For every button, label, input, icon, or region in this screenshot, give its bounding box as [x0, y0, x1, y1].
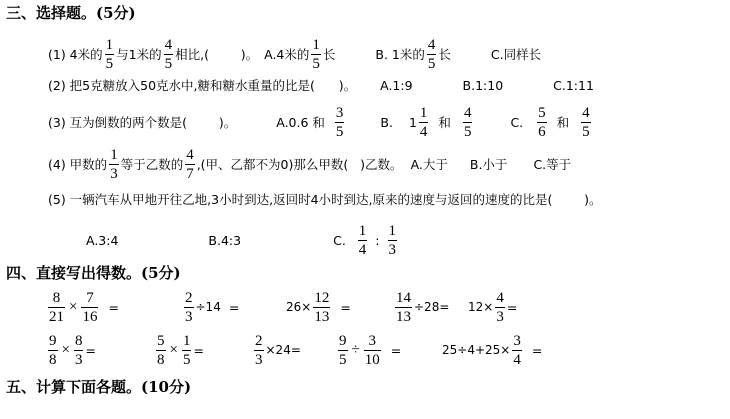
fraction: 14: [419, 105, 429, 140]
and-label: 和: [557, 113, 570, 131]
calc-item: 98 × 83 =: [46, 331, 96, 369]
fraction: 23: [184, 290, 194, 325]
fraction: 821: [48, 290, 65, 325]
question-2: (2) 把5克糖放入50克水中,糖和糖水重量的比是( )。 A.1:9 B.1:…: [48, 76, 594, 94]
denominator: 3: [184, 309, 194, 325]
calc-item: 25÷4+25× 34 =: [442, 331, 542, 369]
fraction-bar: [74, 350, 84, 351]
fraction-bar: [358, 240, 368, 241]
q2-option-a: A.1:9: [380, 78, 412, 93]
numerator: 1: [419, 105, 429, 121]
numerator: 2: [184, 290, 194, 306]
question-4: (4) 甲数的 13 等于乙数的 47 ,(甲、乙都不为0)那么甲数( )乙数。…: [48, 145, 571, 183]
fraction-bar: [419, 122, 429, 123]
fraction-bar: [313, 307, 330, 308]
denominator: 7: [185, 166, 195, 182]
question-5-options: A.3:4 B.4:3 C. 14 : 13: [86, 222, 399, 258]
numerator: 7: [85, 290, 95, 306]
fraction-bar: [537, 122, 547, 123]
q1-prefix: (1) 4米的: [48, 45, 103, 63]
q1-option-a: A.4米的: [264, 45, 309, 63]
equals-sign: =: [340, 300, 350, 315]
section-4-title: 四、直接写出得数。(5分): [6, 262, 181, 283]
equals-sign: =: [193, 343, 203, 358]
numerator: 1: [182, 333, 192, 349]
numerator: 3: [367, 333, 377, 349]
denominator: 5: [427, 56, 437, 72]
calc-item: 821 × 716 =: [46, 288, 119, 326]
section-5-title: 五、计算下面各题。(10分): [6, 376, 191, 397]
fraction-bar: [364, 350, 381, 351]
divide-operator: ÷: [352, 342, 360, 359]
denominator: 5: [164, 56, 174, 72]
fraction-bar: [311, 54, 321, 55]
fraction-bar: [254, 350, 264, 351]
fraction: 15: [182, 333, 192, 368]
fraction-bar: [395, 307, 412, 308]
fraction-bar: [109, 164, 119, 165]
numerator: 4: [164, 37, 174, 53]
fraction-bar: [184, 307, 194, 308]
fraction: 56: [537, 105, 547, 140]
multiplier: 26×: [286, 300, 311, 314]
fraction-bar: [105, 54, 115, 55]
numerator: 9: [48, 333, 58, 349]
fraction-bar: [81, 307, 98, 308]
numerator: 1: [388, 223, 398, 239]
q3-option-c: C.: [510, 115, 523, 130]
fraction: 45: [164, 37, 174, 72]
equals-sign: =: [85, 343, 95, 358]
question-3: (3) 互为倒数的两个数是( )。 A.0.6 和 35 B. 1 14 和 4…: [48, 102, 593, 142]
equals-sign: =: [229, 300, 239, 315]
fraction: 83: [74, 333, 84, 368]
q5-option-c: C.: [333, 233, 346, 248]
equals-sign: =: [507, 300, 517, 315]
fraction: 43: [495, 290, 505, 325]
equals-sign: =: [108, 300, 118, 315]
denominator: 3: [254, 352, 264, 368]
q4-prefix: (4) 甲数的: [48, 155, 107, 173]
denominator: 5: [338, 352, 348, 368]
q2-option-b: B.1:10: [463, 78, 504, 93]
fraction: 15: [311, 37, 321, 72]
fraction: 1213: [313, 290, 330, 325]
divide-expression: ÷28=: [414, 300, 449, 314]
fraction-bar: [388, 240, 398, 241]
q3-option-a: A.0.6 和: [276, 113, 325, 131]
q2-option-c: C.1:11: [553, 78, 594, 93]
q1-option-b: B. 1米的: [375, 45, 424, 63]
equals-sign: =: [391, 343, 401, 358]
denominator: 3: [388, 242, 398, 258]
numerator: 5: [537, 105, 547, 121]
denominator: 3: [74, 352, 84, 368]
fraction-bar: [156, 350, 166, 351]
numerator: 4: [581, 105, 591, 121]
numerator: 1: [311, 37, 321, 53]
calc-item: 58 × 15 =: [154, 331, 204, 369]
numerator: 9: [338, 333, 348, 349]
q4-option-a: A.大于: [411, 155, 448, 173]
denominator: 4: [419, 124, 429, 140]
denominator: 5: [105, 56, 115, 72]
times-operator: ×: [62, 342, 70, 359]
fraction-bar: [495, 307, 505, 308]
q1-mid: 与1米的: [116, 45, 161, 63]
fraction-bar: [581, 122, 591, 123]
denominator: 21: [48, 309, 65, 325]
q3-option-b: B.: [380, 115, 393, 130]
numerator: 4: [495, 290, 505, 306]
q5-option-a: A.3:4: [86, 233, 118, 248]
fraction: 310: [364, 333, 381, 368]
q1-option-b-suffix: 长: [438, 45, 451, 63]
q2-text: (2) 把5克糖放入50克水中,糖和糖水重量的比是( )。: [48, 76, 356, 94]
denominator: 5: [463, 124, 473, 140]
mixed-whole: 1: [409, 115, 417, 130]
numerator: 1: [105, 37, 115, 53]
ratio-colon: :: [375, 233, 379, 248]
question-5: (5) 一辆汽车从甲地开往乙地,3小时到达,返回时4小时到达,原来的速度与返回的…: [48, 190, 602, 208]
and-label: 和: [438, 113, 451, 131]
q4-option-b: B.小于: [470, 155, 508, 173]
numerator: 12: [313, 290, 330, 306]
fraction: 58: [156, 333, 166, 368]
calc-item: 1413 ÷28=: [393, 288, 449, 326]
calc-item: 23 ÷14 =: [182, 288, 239, 326]
numerator: 3: [335, 105, 345, 121]
denominator: 8: [156, 352, 166, 368]
q4-mid: 等于乙数的: [121, 155, 184, 173]
fraction-bar: [48, 307, 65, 308]
numerator: 4: [463, 105, 473, 121]
numerator: 8: [74, 333, 84, 349]
times-operator: ×: [170, 342, 178, 359]
denominator: 10: [364, 352, 381, 368]
fraction: 1413: [395, 290, 412, 325]
denominator: 3: [109, 166, 119, 182]
denominator: 5: [311, 56, 321, 72]
fraction: 13: [388, 223, 398, 258]
fraction-bar: [182, 350, 192, 351]
fraction-bar: [463, 122, 473, 123]
fraction: 34: [512, 333, 522, 368]
question-1: (1) 4米的 15 与1米的 45 相比,( )。 A.4米的 15 长 B.…: [48, 34, 541, 74]
fraction: 13: [109, 147, 119, 182]
fraction-bar: [48, 350, 58, 351]
q4-option-c: C.等于: [533, 155, 571, 173]
numerator: 4: [427, 37, 437, 53]
expression: 25÷4+25×: [442, 343, 510, 357]
fraction: 45: [427, 37, 437, 72]
denominator: 5: [182, 352, 192, 368]
fraction: 716: [81, 290, 98, 325]
denominator: 3: [495, 309, 505, 325]
numerator: 1: [358, 223, 368, 239]
q3-text: (3) 互为倒数的两个数是( )。: [48, 113, 236, 131]
divide-expression: ÷14: [196, 300, 221, 314]
numerator: 14: [395, 290, 412, 306]
denominator: 5: [335, 124, 345, 140]
denominator: 8: [48, 352, 58, 368]
denominator: 13: [395, 309, 412, 325]
calc-item: 12× 43 =: [468, 288, 517, 326]
fraction-bar: [185, 164, 195, 165]
numerator: 5: [156, 333, 166, 349]
calc-item: 26× 1213 =: [286, 288, 351, 326]
fraction: 95: [338, 333, 348, 368]
denominator: 6: [537, 124, 547, 140]
numerator: 2: [254, 333, 264, 349]
denominator: 4: [358, 242, 368, 258]
fraction-bar: [512, 350, 522, 351]
numerator: 3: [512, 333, 522, 349]
q4-suffix: ,(甲、乙都不为0)那么甲数( )乙数。: [197, 155, 403, 173]
numerator: 4: [185, 147, 195, 163]
q5-text: (5) 一辆汽车从甲地开往乙地,3小时到达,返回时4小时到达,原来的速度与返回的…: [48, 190, 602, 208]
fraction: 45: [463, 105, 473, 140]
q1-suffix: 相比,( )。: [175, 45, 258, 63]
numerator: 1: [109, 147, 119, 163]
fraction: 14: [358, 223, 368, 258]
denominator: 4: [512, 352, 522, 368]
denominator: 5: [581, 124, 591, 140]
fraction-bar: [335, 122, 345, 123]
denominator: 16: [81, 309, 98, 325]
q1-option-a-suffix: 长: [323, 45, 336, 63]
fraction: 35: [335, 105, 345, 140]
calc-item: 95 ÷ 310 =: [336, 331, 401, 369]
times-expression: ×24=: [266, 343, 301, 357]
section-3-title: 三、选择题。(5分): [6, 2, 136, 23]
equals-sign: =: [532, 343, 542, 358]
fraction: 47: [185, 147, 195, 182]
fraction: 23: [254, 333, 264, 368]
numerator: 8: [52, 290, 62, 306]
fraction-bar: [338, 350, 348, 351]
denominator: 13: [313, 309, 330, 325]
q1-option-c: C.同样长: [491, 45, 541, 63]
q5-option-b: B.4:3: [208, 233, 241, 248]
fraction: 45: [581, 105, 591, 140]
multiplier: 12×: [468, 300, 493, 314]
fraction-bar: [427, 54, 437, 55]
calc-item: 23 ×24=: [252, 331, 301, 369]
fraction: 15: [105, 37, 115, 72]
fraction-bar: [164, 54, 174, 55]
fraction: 98: [48, 333, 58, 368]
times-operator: ×: [69, 299, 77, 316]
